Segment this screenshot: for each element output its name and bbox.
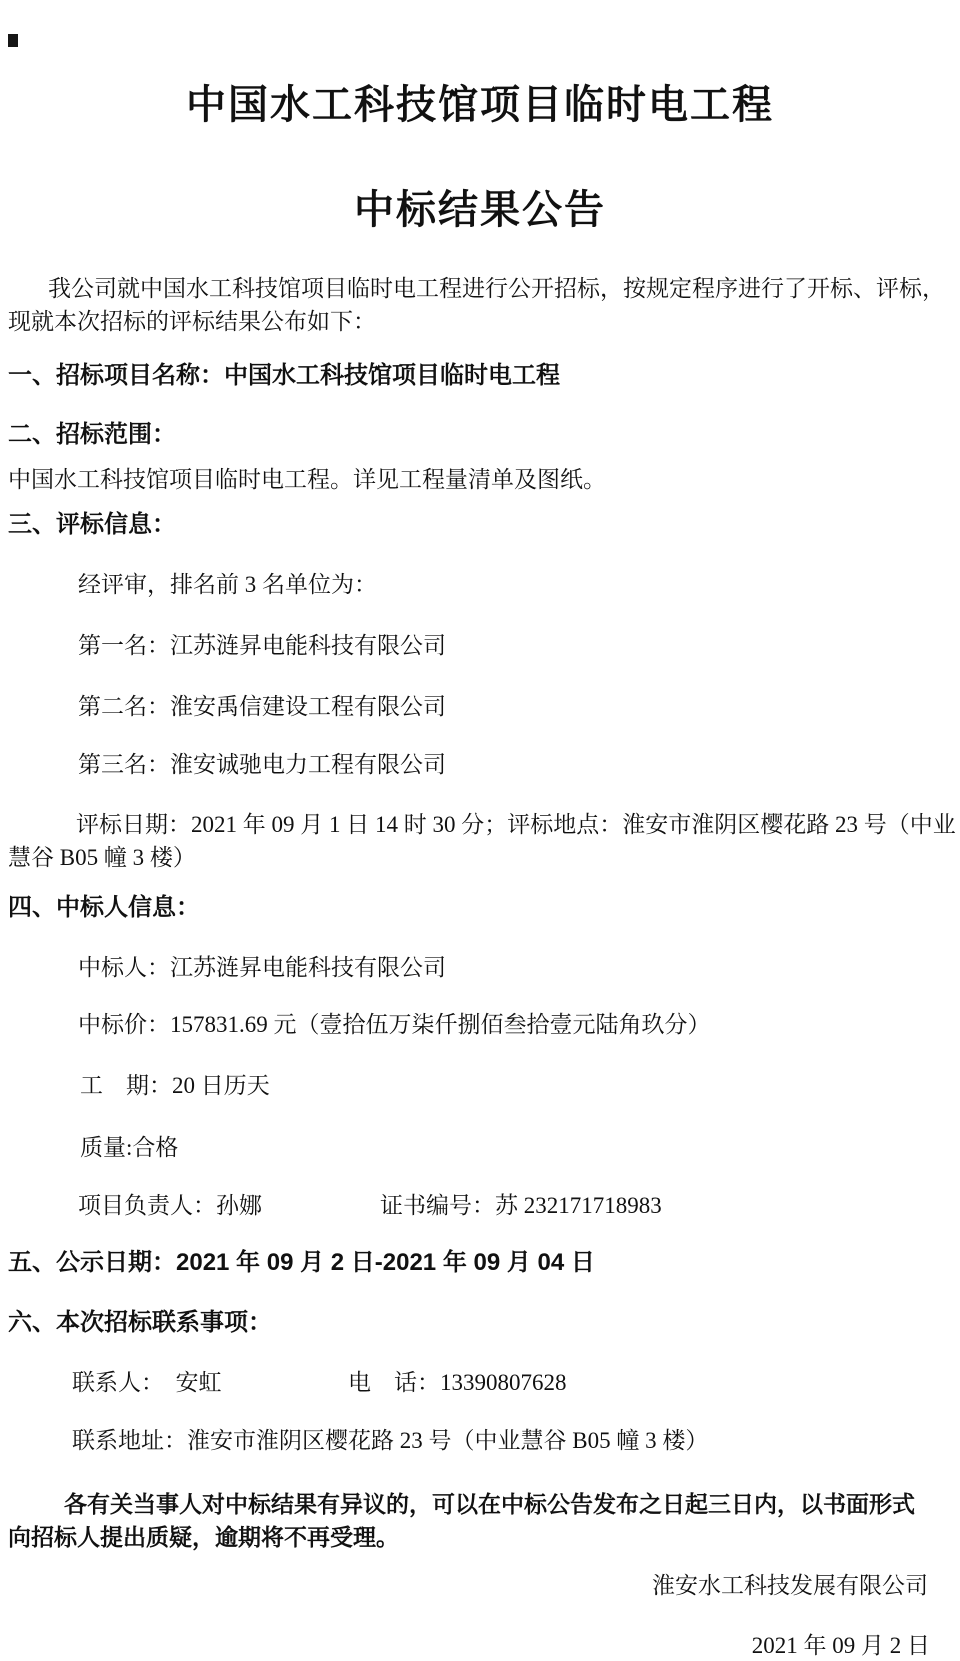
section-6-heading: 六、本次招标联系事项： [8,1308,272,1338]
rank-1: 第一名：江苏涟昇电能科技有限公司 [78,631,446,661]
section-2-body: 中国水工科技馆项目临时电工程。详见工程量清单及图纸。 [8,465,606,495]
quality-line: 质量:合格 [80,1133,178,1163]
manager-certificate-row: 项目负责人：孙娜证书编号：苏 232171718983 [78,1191,662,1221]
rank-2: 第二名：淮安禹信建设工程有限公司 [78,692,446,722]
price-line: 中标价：157831.69 元（壹拾伍万柒仟捌佰叁拾壹元陆角玖分） [78,1010,711,1040]
project-manager-label: 项目负责人：孙娜 [78,1191,380,1221]
intro-paragraph: 我公司就中国水工科技馆项目临时电工程进行公开招标，按规定程序进行了开标、评标，现… [8,272,952,338]
winner-line: 中标人：江苏涟昇电能科技有限公司 [78,953,446,983]
contact-name-label: 联系人： 安虹 [72,1368,348,1398]
section-4-heading: 四、中标人信息： [8,893,200,923]
signature-company: 淮安水工科技发展有限公司 [0,1571,928,1601]
duration-line: 工 期：20 日历天 [80,1071,270,1101]
evaluation-intro: 经评审，排名前 3 名单位为： [78,570,377,600]
rank-3: 第三名：淮安诚驰电力工程有限公司 [78,750,446,780]
signature-date: 2021 年 09 月 2 日 [0,1631,930,1661]
evaluation-details: 评标日期：2021 年 09 月 1 日 14 时 30 分；评标地点：淮安市淮… [8,808,956,874]
scan-artifact-mark [8,34,18,47]
announcement-document: 中国水工科技馆项目临时电工程 中标结果公告 我公司就中国水工科技馆项目临时电工程… [0,0,960,1661]
contact-phone-label: 电 话：13390807628 [348,1370,567,1395]
section-2-heading: 二、招标范围： [8,420,176,450]
document-title: 中国水工科技馆项目临时电工程 [0,80,960,130]
section-3-heading: 三、评标信息： [8,510,176,540]
objection-notice: 各有关当事人对中标结果有异议的，可以在中标公告发布之日起三日内，以书面形式向招标… [8,1488,923,1554]
contact-address-line: 联系地址：淮安市淮阴区樱花路 23 号（中业慧谷 B05 幢 3 楼） [72,1426,708,1456]
contact-row: 联系人： 安虹电 话：13390807628 [72,1368,567,1398]
section-1-heading: 一、招标项目名称：中国水工科技馆项目临时电工程 [8,361,560,391]
certificate-number-label: 证书编号：苏 232171718983 [380,1193,662,1218]
document-subtitle: 中标结果公告 [0,185,960,235]
section-5-heading: 五、公示日期：2021 年 09 月 2 日-2021 年 09 月 04 日 [8,1248,595,1278]
